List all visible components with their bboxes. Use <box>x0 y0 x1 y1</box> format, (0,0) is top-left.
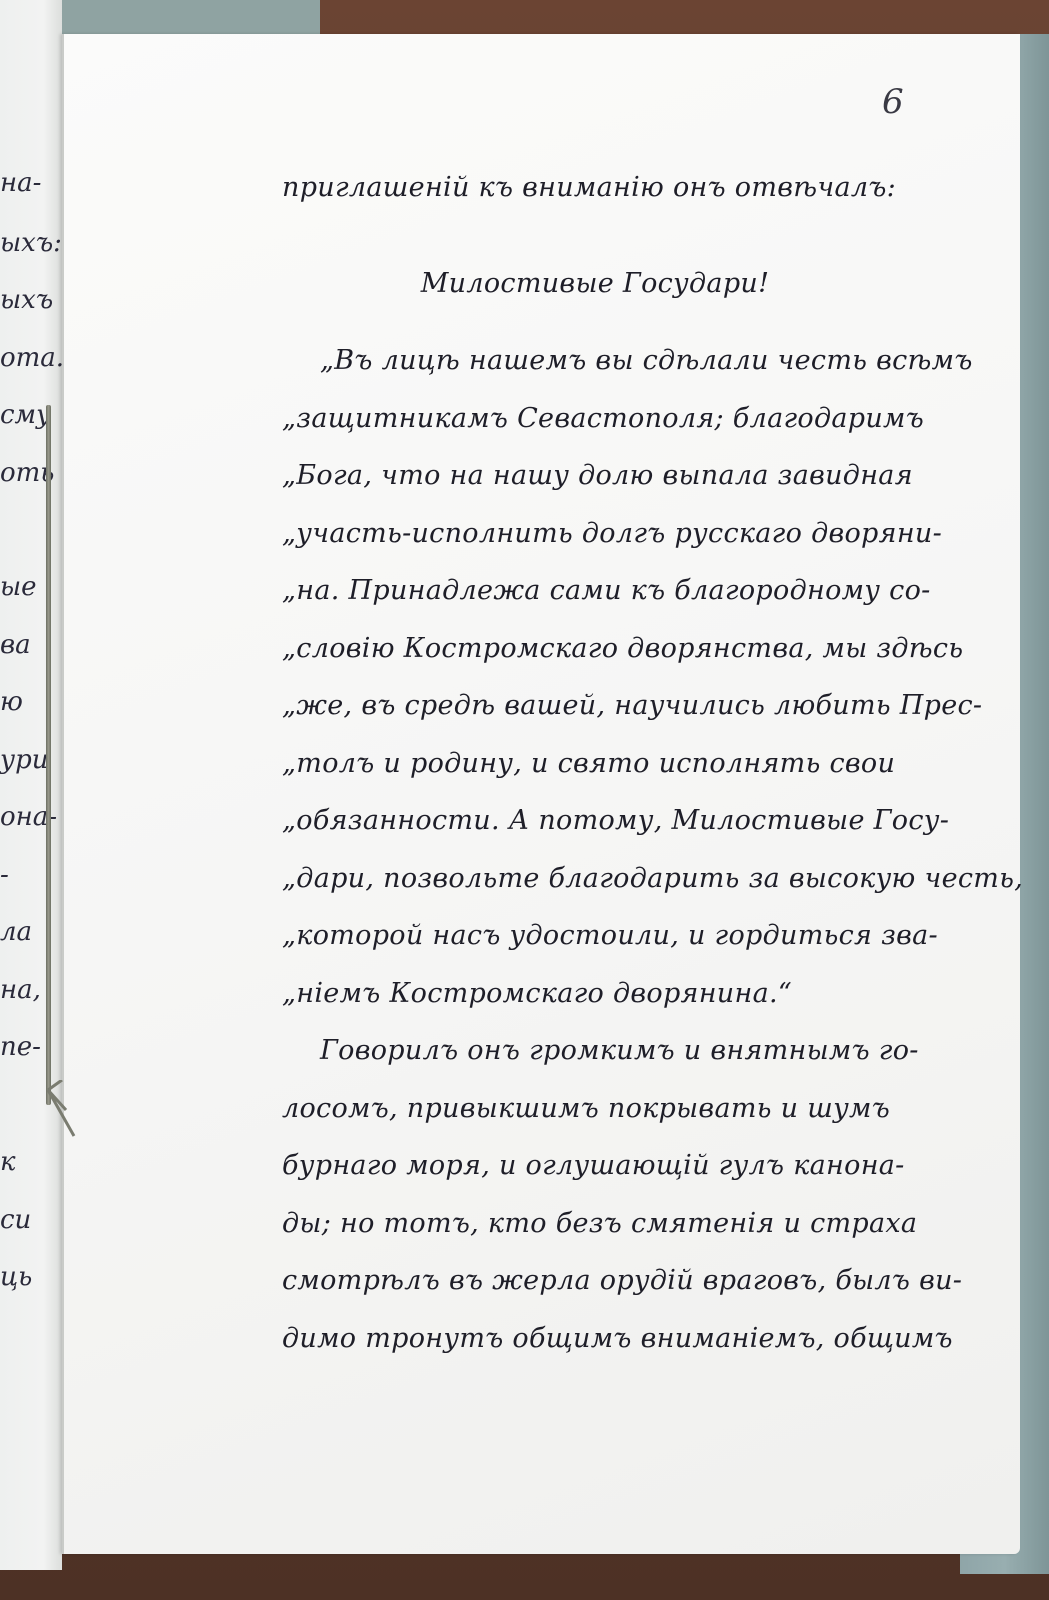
heading: Милостивые Государи! <box>0 268 1040 299</box>
left-fragment: сму <box>0 400 51 430</box>
text-line: „толъ и родину, и свято исполнять свои <box>282 748 982 779</box>
left-fragment: ць <box>0 1262 32 1292</box>
text-line: „участь-исполнить долгъ русскаго дворяни… <box>282 518 982 549</box>
left-fragment: ури <box>0 745 48 775</box>
text-line: „которой насъ удостоили, и гордиться зва… <box>282 920 982 951</box>
left-fragment: ые <box>0 572 37 602</box>
text-line: „Бога, что на нашу долю выпала завидная <box>282 460 982 491</box>
text-line: „дари, позвольте благодарить за высокую … <box>282 863 982 894</box>
left-fragment: пе- <box>0 1032 41 1062</box>
left-fragment: на- <box>0 168 41 198</box>
left-fragment: ота. <box>0 343 62 373</box>
text-line: бурнаго моря, и оглушающій гулъ канона- <box>282 1150 982 1181</box>
text-line: ды; но тотъ, кто безъ смятенія и страха <box>282 1208 982 1239</box>
text-line: димо тронутъ общимъ вниманіемъ, общимъ <box>282 1323 982 1354</box>
text-line: „словію Костромскаго дворянства, мы здѣс… <box>282 633 982 664</box>
page-spine <box>62 34 64 1554</box>
left-fragment: к <box>0 1147 16 1177</box>
left-fragment: ю <box>0 687 23 717</box>
text-line: „на. Принадлежа сами къ благородному со- <box>282 575 982 606</box>
text-line: „ніемъ Костромскаго дворянина.“ <box>282 978 982 1009</box>
left-fragment: ыхъ: <box>0 228 62 258</box>
left-fragment: - <box>0 860 9 890</box>
text-line: „Въ лицѣ нашемъ вы сдѣлали честь всѣмъ <box>320 345 1020 376</box>
page-number: 6 <box>882 82 904 122</box>
left-fragment: ва <box>0 630 31 660</box>
text-line: „обязанности. А потому, Милостивые Госу- <box>282 805 982 836</box>
left-fragment: на, <box>0 975 41 1005</box>
binding-knot-icon <box>44 1080 84 1140</box>
text-line: приглашеній къ вниманію онъ отвѣчалъ: <box>282 172 982 203</box>
text-line: смотрѣлъ въ жерла орудій враговъ, былъ в… <box>282 1265 982 1296</box>
text-line: лосомъ, привыкшимъ покрывать и шумъ <box>282 1093 982 1124</box>
folder-cover-top <box>40 0 320 34</box>
text-line: „защитникамъ Севастополя; благодаримъ <box>282 403 982 434</box>
text-line: „же, въ средѣ вашей, научились любить Пр… <box>282 690 982 721</box>
text-line: Говорилъ онъ громкимъ и внятнымъ го- <box>320 1035 1020 1066</box>
binding-thread <box>46 405 51 1105</box>
left-page: на- ыхъ: ыхъ ота. сму оть ые ва ю ури он… <box>0 0 62 1570</box>
left-fragment: ла <box>0 917 32 947</box>
left-fragment: си <box>0 1205 31 1235</box>
